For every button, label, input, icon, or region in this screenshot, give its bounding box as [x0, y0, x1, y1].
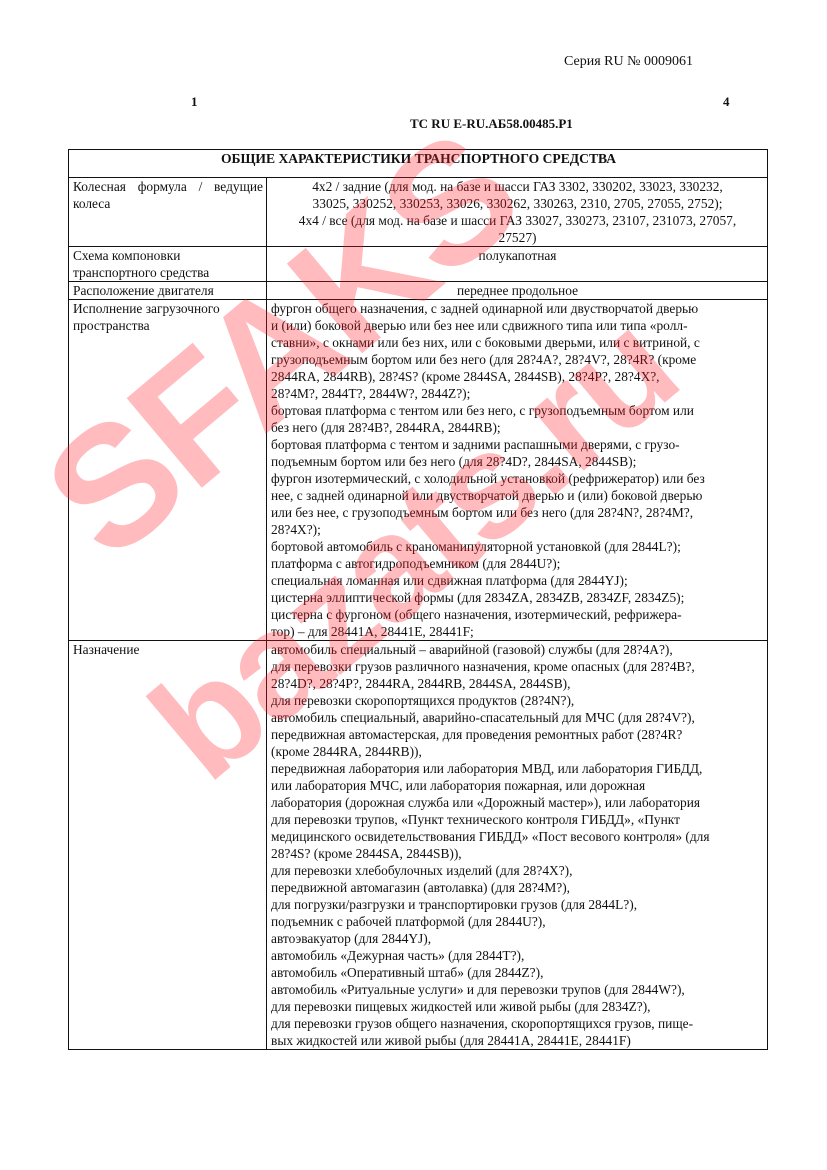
characteristics-table: ОБЩИЕ ХАРАКТЕРИСТИКИ ТРАНСПОРТНОГО СРЕДС…	[68, 149, 768, 1050]
value-line: для перевозки грузов различного назначен…	[271, 658, 764, 675]
value-line: или без нее, с грузоподъемным бортом или…	[271, 504, 764, 521]
value-line: или лаборатория МЧС, или лаборатория пож…	[271, 777, 764, 794]
value-line: 28?4D?, 28?4P?, 2844RA, 2844RB, 2844SA, …	[271, 675, 764, 692]
value-line: бортовая платформа с тентом или без него…	[271, 402, 764, 419]
page-number-right: 4	[723, 94, 730, 110]
value-line: 4x4 / все (для мод. на базе и шасси ГАЗ …	[271, 212, 764, 229]
value-line: без него (для 28?4B?, 2844RA, 2844RB);	[271, 419, 764, 436]
table-row: Колесная формула / ведущие колеса 4x2 / …	[69, 178, 768, 247]
value-line: грузоподъемным бортом или без него (для …	[271, 351, 764, 368]
table-title: ОБЩИЕ ХАРАКТЕРИСТИКИ ТРАНСПОРТНОГО СРЕДС…	[69, 150, 768, 178]
value-line: платформа с автогидроподъемником (для 28…	[271, 555, 764, 572]
value-line: для перевозки грузов общего назначения, …	[271, 1015, 764, 1032]
value-line: цистерна с фургоном (общего назначения, …	[271, 606, 764, 623]
value-line: медицинского освидетельствования ГИБДД» …	[271, 828, 764, 845]
value-line: подъемным бортом или без него (для 28?4D…	[271, 453, 764, 470]
value-line: 27527)	[271, 229, 764, 246]
table-row: Исполнение загрузочного пространства фур…	[69, 300, 768, 641]
row-label-engine-position: Расположение двигателя	[69, 282, 267, 300]
row-label-cargo-body: Исполнение загрузочного пространства	[69, 300, 267, 641]
value-line: переднее продольное	[271, 282, 764, 299]
value-line: передвижная лаборатория или лаборатория …	[271, 760, 764, 777]
value-line: (кроме 2844RA, 2844RB)),	[271, 743, 764, 760]
table-row: Назначение автомобиль специальный – авар…	[69, 641, 768, 1050]
value-line: автомобиль специальный – аварийной (газо…	[271, 641, 764, 658]
value-line: и (или) боковой дверью или без нее или с…	[271, 317, 764, 334]
table-row: Схема компоновки транспортного средства …	[69, 247, 768, 282]
value-line: 28?4M?, 2844T?, 2844W?, 2844Z?);	[271, 385, 764, 402]
value-line: автомобиль специальный, аварийно-спасате…	[271, 709, 764, 726]
certificate-number: TC RU E-RU.АБ58.00485.P1	[410, 116, 573, 132]
value-line: фургон изотермический, с холодильной уст…	[271, 470, 764, 487]
value-line: лаборатория (дорожная служба или «Дорожн…	[271, 794, 764, 811]
value-line: 2844RA, 2844RB), 28?4S? (кроме 2844SA, 2…	[271, 368, 764, 385]
value-line: 28?4X?);	[271, 521, 764, 538]
value-line: для перевозки трупов, «Пункт техническог…	[271, 811, 764, 828]
value-line: бортовой автомобиль с краноманипуляторно…	[271, 538, 764, 555]
table-row: Расположение двигателя переднее продольн…	[69, 282, 768, 300]
value-line: подъемник с рабочей платформой (для 2844…	[271, 913, 764, 930]
value-line: 4x2 / задние (для мод. на базе и шасси Г…	[271, 178, 764, 195]
row-label-wheel-formula: Колесная формула / ведущие колеса	[69, 178, 267, 247]
value-line: 33025, 330252, 330253, 33026, 330262, 33…	[271, 195, 764, 212]
row-value-layout: полукапотная	[267, 247, 768, 282]
row-value-wheel-formula: 4x2 / задние (для мод. на базе и шасси Г…	[267, 178, 768, 247]
value-line: для перевозки пищевых жидкостей или живо…	[271, 998, 764, 1015]
value-line: фургон общего назначения, с задней одина…	[271, 300, 764, 317]
value-line: для погрузки/разгрузки и транспортировки…	[271, 896, 764, 913]
row-value-engine-position: переднее продольное	[267, 282, 768, 300]
value-line: автомобиль «Оперативный штаб» (для 2844Z…	[271, 964, 764, 981]
value-line: для перевозки хлебобулочных изделий (для…	[271, 862, 764, 879]
value-line: вых жидкостей или живой рыбы (для 28441A…	[271, 1032, 764, 1049]
value-line: полукапотная	[271, 247, 764, 264]
value-line: для перевозки скоропортящихся продуктов …	[271, 692, 764, 709]
value-line: автомобиль «Дежурная часть» (для 2844T?)…	[271, 947, 764, 964]
row-value-cargo-body: фургон общего назначения, с задней одина…	[267, 300, 768, 641]
page-number-left: 1	[191, 94, 198, 110]
row-value-purpose: автомобиль специальный – аварийной (газо…	[267, 641, 768, 1050]
value-line: ставни», с окнами или без них, или с бок…	[271, 334, 764, 351]
value-line: 28?4S? (кроме 2844SA, 2844SB)),	[271, 845, 764, 862]
table-title-row: ОБЩИЕ ХАРАКТЕРИСТИКИ ТРАНСПОРТНОГО СРЕДС…	[69, 150, 768, 178]
series-number: Серия RU № 0009061	[564, 54, 693, 70]
value-line: нее, с задней одинарной или двустворчато…	[271, 487, 764, 504]
value-line: автоэвакуатор (для 2844YJ),	[271, 930, 764, 947]
value-line: автомобиль «Ритуальные услуги» и для пер…	[271, 981, 764, 998]
value-line: бортовая платформа с тентом и задними ра…	[271, 436, 764, 453]
row-label-layout: Схема компоновки транспортного средства	[69, 247, 267, 282]
value-line: передвижной автомагазин (автолавка) (для…	[271, 879, 764, 896]
value-line: передвижная автомастерская, для проведен…	[271, 726, 764, 743]
row-label-purpose: Назначение	[69, 641, 267, 1050]
value-line: цистерна эллиптической формы (для 2834ZA…	[271, 589, 764, 606]
value-line: тор) – для 28441A, 28441E, 28441F;	[271, 623, 764, 640]
value-line: специальная ломанная или сдвижная платфо…	[271, 572, 764, 589]
